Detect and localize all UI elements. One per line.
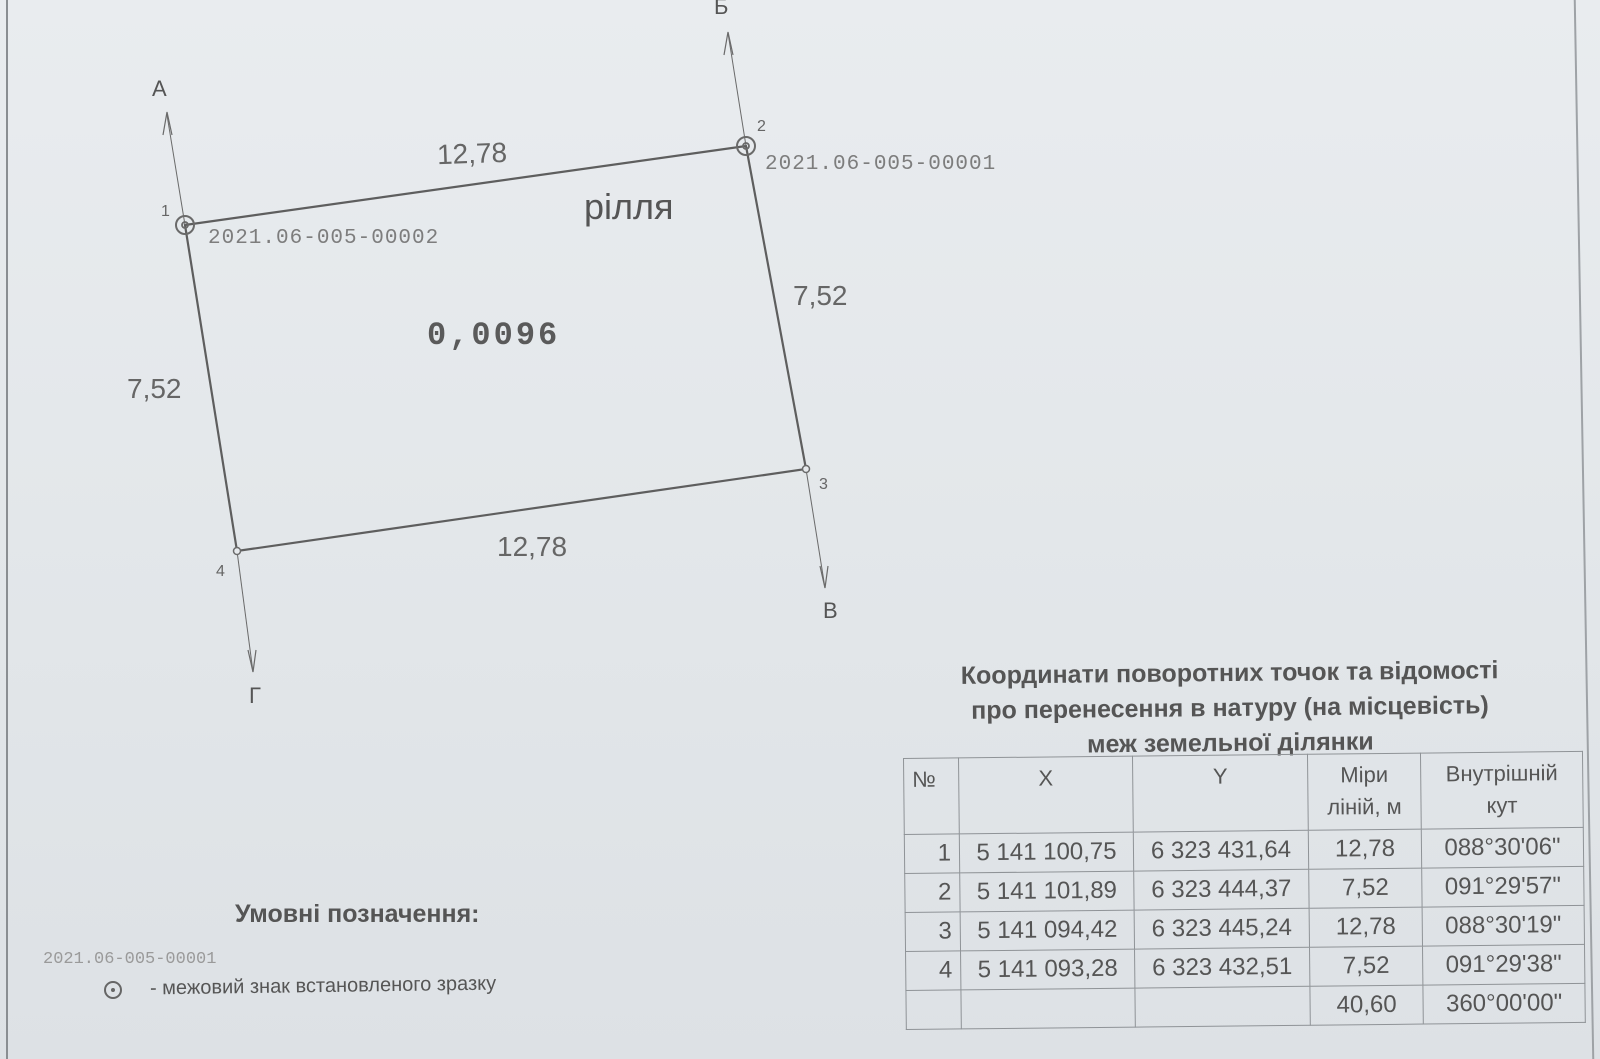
direction-label-a: А bbox=[152, 76, 167, 102]
side-length-top: 12,78 bbox=[436, 137, 507, 171]
cell-no: 2 bbox=[905, 873, 960, 913]
legend-title: Умовні позначення: bbox=[235, 900, 479, 929]
cell-length: 7,52 bbox=[1310, 946, 1423, 986]
header-x: X bbox=[959, 756, 1134, 834]
cell-x-empty bbox=[961, 988, 1135, 1029]
circle-dot-icon bbox=[104, 981, 122, 999]
header-length-line1: Міри bbox=[1316, 762, 1412, 789]
direction-label-g: Г bbox=[249, 683, 261, 709]
cell-x: 5 141 093,28 bbox=[961, 949, 1135, 990]
cell-length: 12,78 bbox=[1309, 907, 1422, 947]
legend-sample-code: 2021.06-005-00001 bbox=[43, 950, 216, 969]
cell-angle: 091°29'38" bbox=[1422, 944, 1584, 985]
header-angle: Внутрішній кут bbox=[1420, 751, 1583, 829]
cell-no: 3 bbox=[905, 912, 960, 952]
arrow-a-icon bbox=[163, 112, 172, 135]
cell-y: 6 323 431,64 bbox=[1133, 830, 1308, 871]
arrow-v-icon bbox=[820, 566, 828, 588]
arrow-b-icon bbox=[724, 32, 733, 55]
cell-y: 6 323 444,37 bbox=[1134, 869, 1309, 910]
header-length: Міри ліній, м bbox=[1307, 753, 1421, 830]
total-length: 40,60 bbox=[1310, 985, 1423, 1025]
cell-angle: 088°30'19" bbox=[1422, 905, 1584, 946]
point-number-4: 4 bbox=[216, 563, 225, 581]
cell-no: 4 bbox=[906, 951, 961, 991]
cell-y-empty bbox=[1135, 986, 1310, 1027]
legend-item-text: - межовий знак встановленого зразку bbox=[150, 973, 496, 1001]
header-no: № bbox=[904, 758, 960, 835]
header-y: Y bbox=[1132, 754, 1308, 832]
cell-y: 6 323 432,51 bbox=[1135, 947, 1310, 988]
point-number-3: 3 bbox=[819, 476, 828, 494]
header-angle-line2: кут bbox=[1429, 792, 1574, 820]
point-number-2: 2 bbox=[757, 118, 766, 136]
parcel-area: 0,0096 bbox=[427, 317, 560, 354]
cell-length: 7,52 bbox=[1309, 868, 1422, 908]
table-title: Координати поворотних точок та відомості… bbox=[904, 653, 1555, 765]
cell-y: 6 323 445,24 bbox=[1134, 908, 1309, 949]
cell-x: 5 141 100,75 bbox=[959, 832, 1133, 873]
point-1-code: 2021.06-005-00002 bbox=[208, 227, 439, 250]
table-totals-row: 40,60 360°00'00" bbox=[906, 983, 1585, 1029]
side-length-right: 7,52 bbox=[793, 280, 848, 312]
point-2-code: 2021.06-005-00001 bbox=[765, 153, 996, 176]
cell-length: 12,78 bbox=[1308, 829, 1421, 869]
direction-label-v: В bbox=[823, 598, 838, 624]
total-angle: 360°00'00" bbox=[1423, 983, 1585, 1024]
side-length-left: 7,52 bbox=[127, 373, 182, 405]
point-number-1: 1 bbox=[161, 203, 170, 221]
direction-line-g bbox=[237, 551, 253, 672]
coordinates-table: № X Y Міри ліній, м Внутрішній кут 1 5 1… bbox=[903, 751, 1586, 1030]
cell-angle: 091°29'57" bbox=[1422, 866, 1584, 907]
header-angle-line1: Внутрішній bbox=[1429, 760, 1574, 788]
point-4-marker bbox=[234, 548, 241, 555]
table-header-row: № X Y Міри ліній, м Внутрішній кут bbox=[904, 751, 1584, 834]
cell-x: 5 141 094,42 bbox=[960, 910, 1134, 951]
cell-no: 1 bbox=[904, 834, 959, 874]
cell-x: 5 141 101,89 bbox=[960, 871, 1134, 912]
direction-line-b bbox=[728, 33, 746, 146]
land-use-label: рілля bbox=[584, 186, 674, 228]
direction-label-b: Б bbox=[714, 0, 728, 20]
cell-angle: 088°30'06" bbox=[1421, 827, 1583, 868]
header-length-line2: ліній, м bbox=[1316, 794, 1412, 821]
side-length-bottom: 12,78 bbox=[497, 531, 567, 563]
table-title-line: про перенесення в натуру (на місцевість) bbox=[905, 688, 1555, 730]
cell-no-empty bbox=[906, 990, 961, 1030]
point-3-marker bbox=[803, 466, 810, 473]
